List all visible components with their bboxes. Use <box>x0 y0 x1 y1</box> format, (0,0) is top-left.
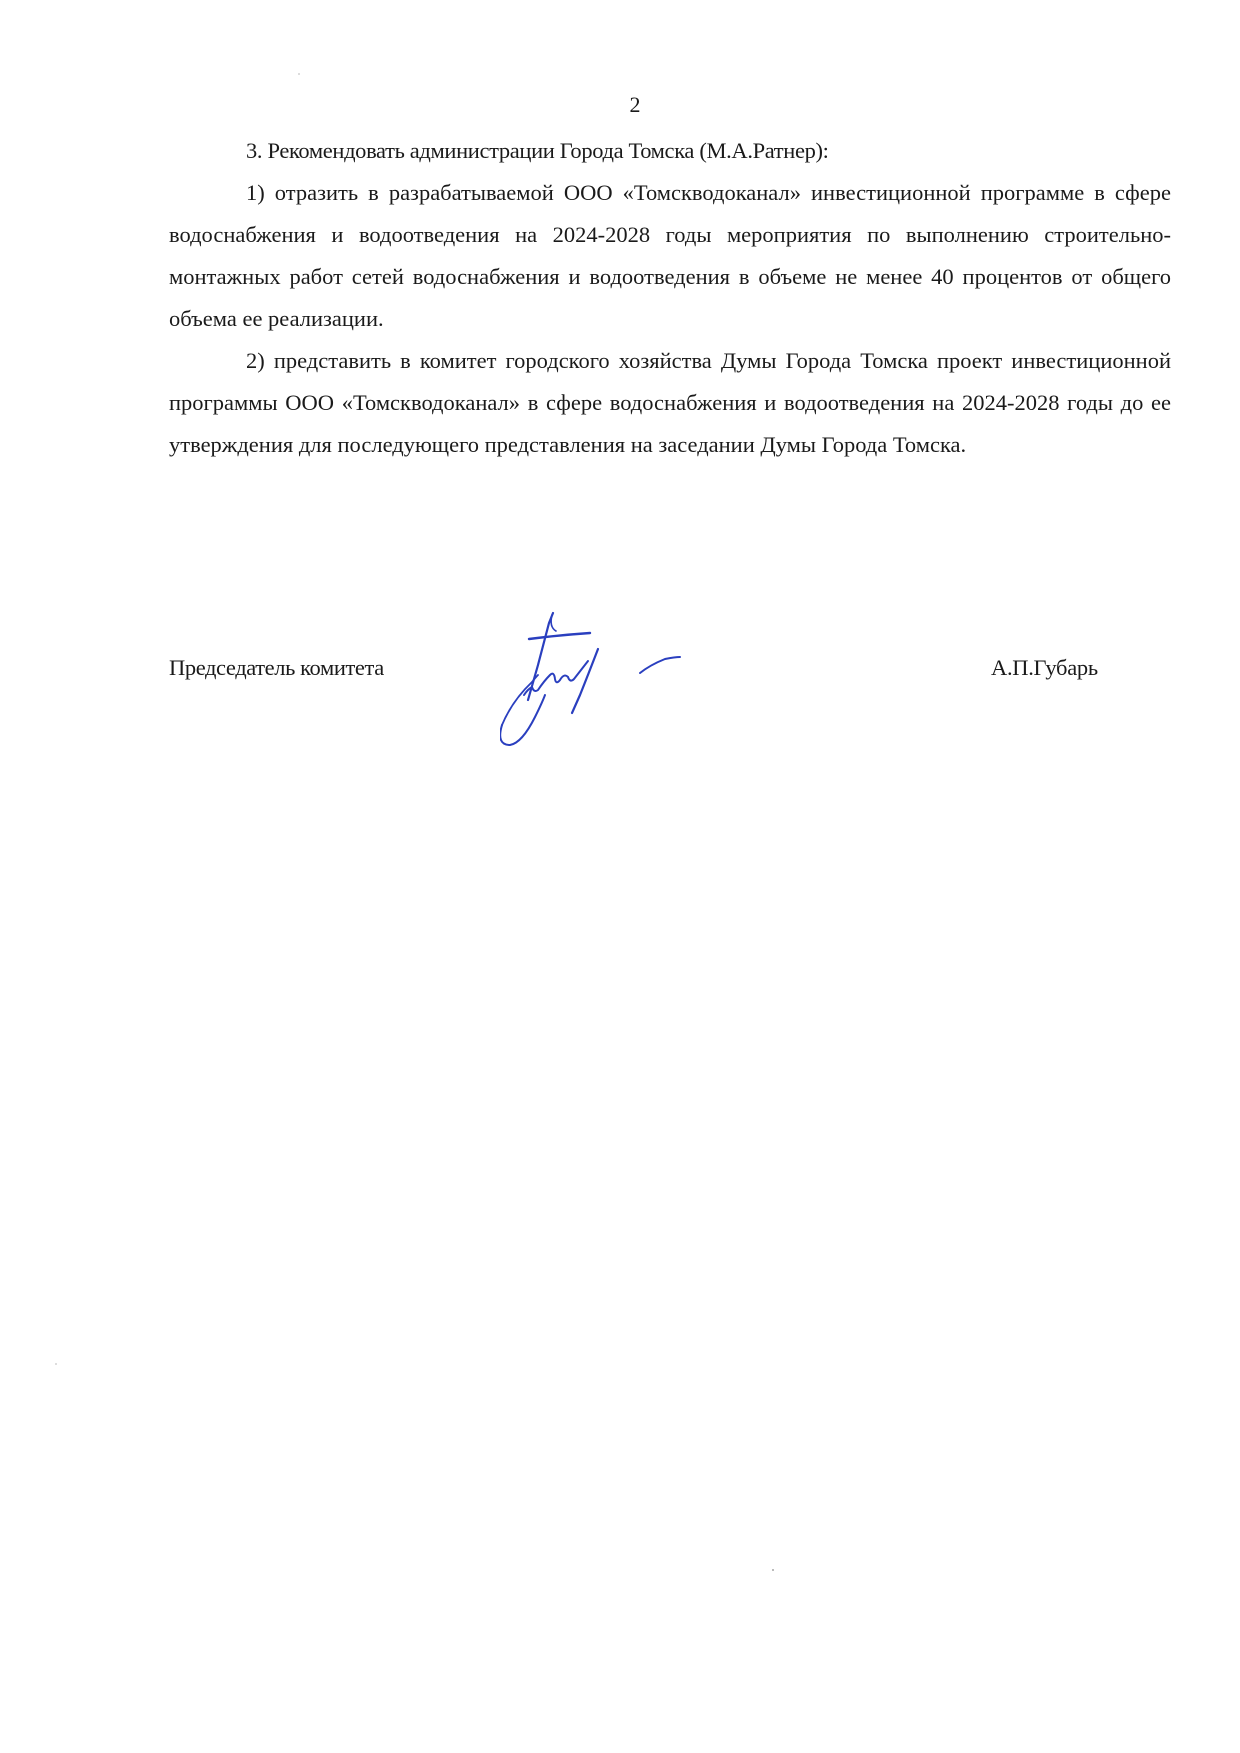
paragraph-subitem-2: 2) представить в комитет городского хозя… <box>169 340 1171 466</box>
signer-name: А.П.Губарь <box>991 648 1098 688</box>
paragraph-item-3: 3. Рекомендовать администрации Города То… <box>169 130 1171 172</box>
handwritten-signature-icon <box>500 605 740 755</box>
scan-speck <box>55 1363 57 1365</box>
paragraph-subitem-1: 1) отразить в разрабатываемой ООО «Томск… <box>169 172 1171 340</box>
document-body: 3. Рекомендовать администрации Города То… <box>169 130 1171 466</box>
scan-speck <box>298 73 300 75</box>
signer-title: Председатель комитета <box>169 648 384 688</box>
page-number: 2 <box>0 92 1240 118</box>
scan-speck <box>772 1569 774 1571</box>
document-page: 2 3. Рекомендовать администрации Города … <box>0 0 1240 1753</box>
